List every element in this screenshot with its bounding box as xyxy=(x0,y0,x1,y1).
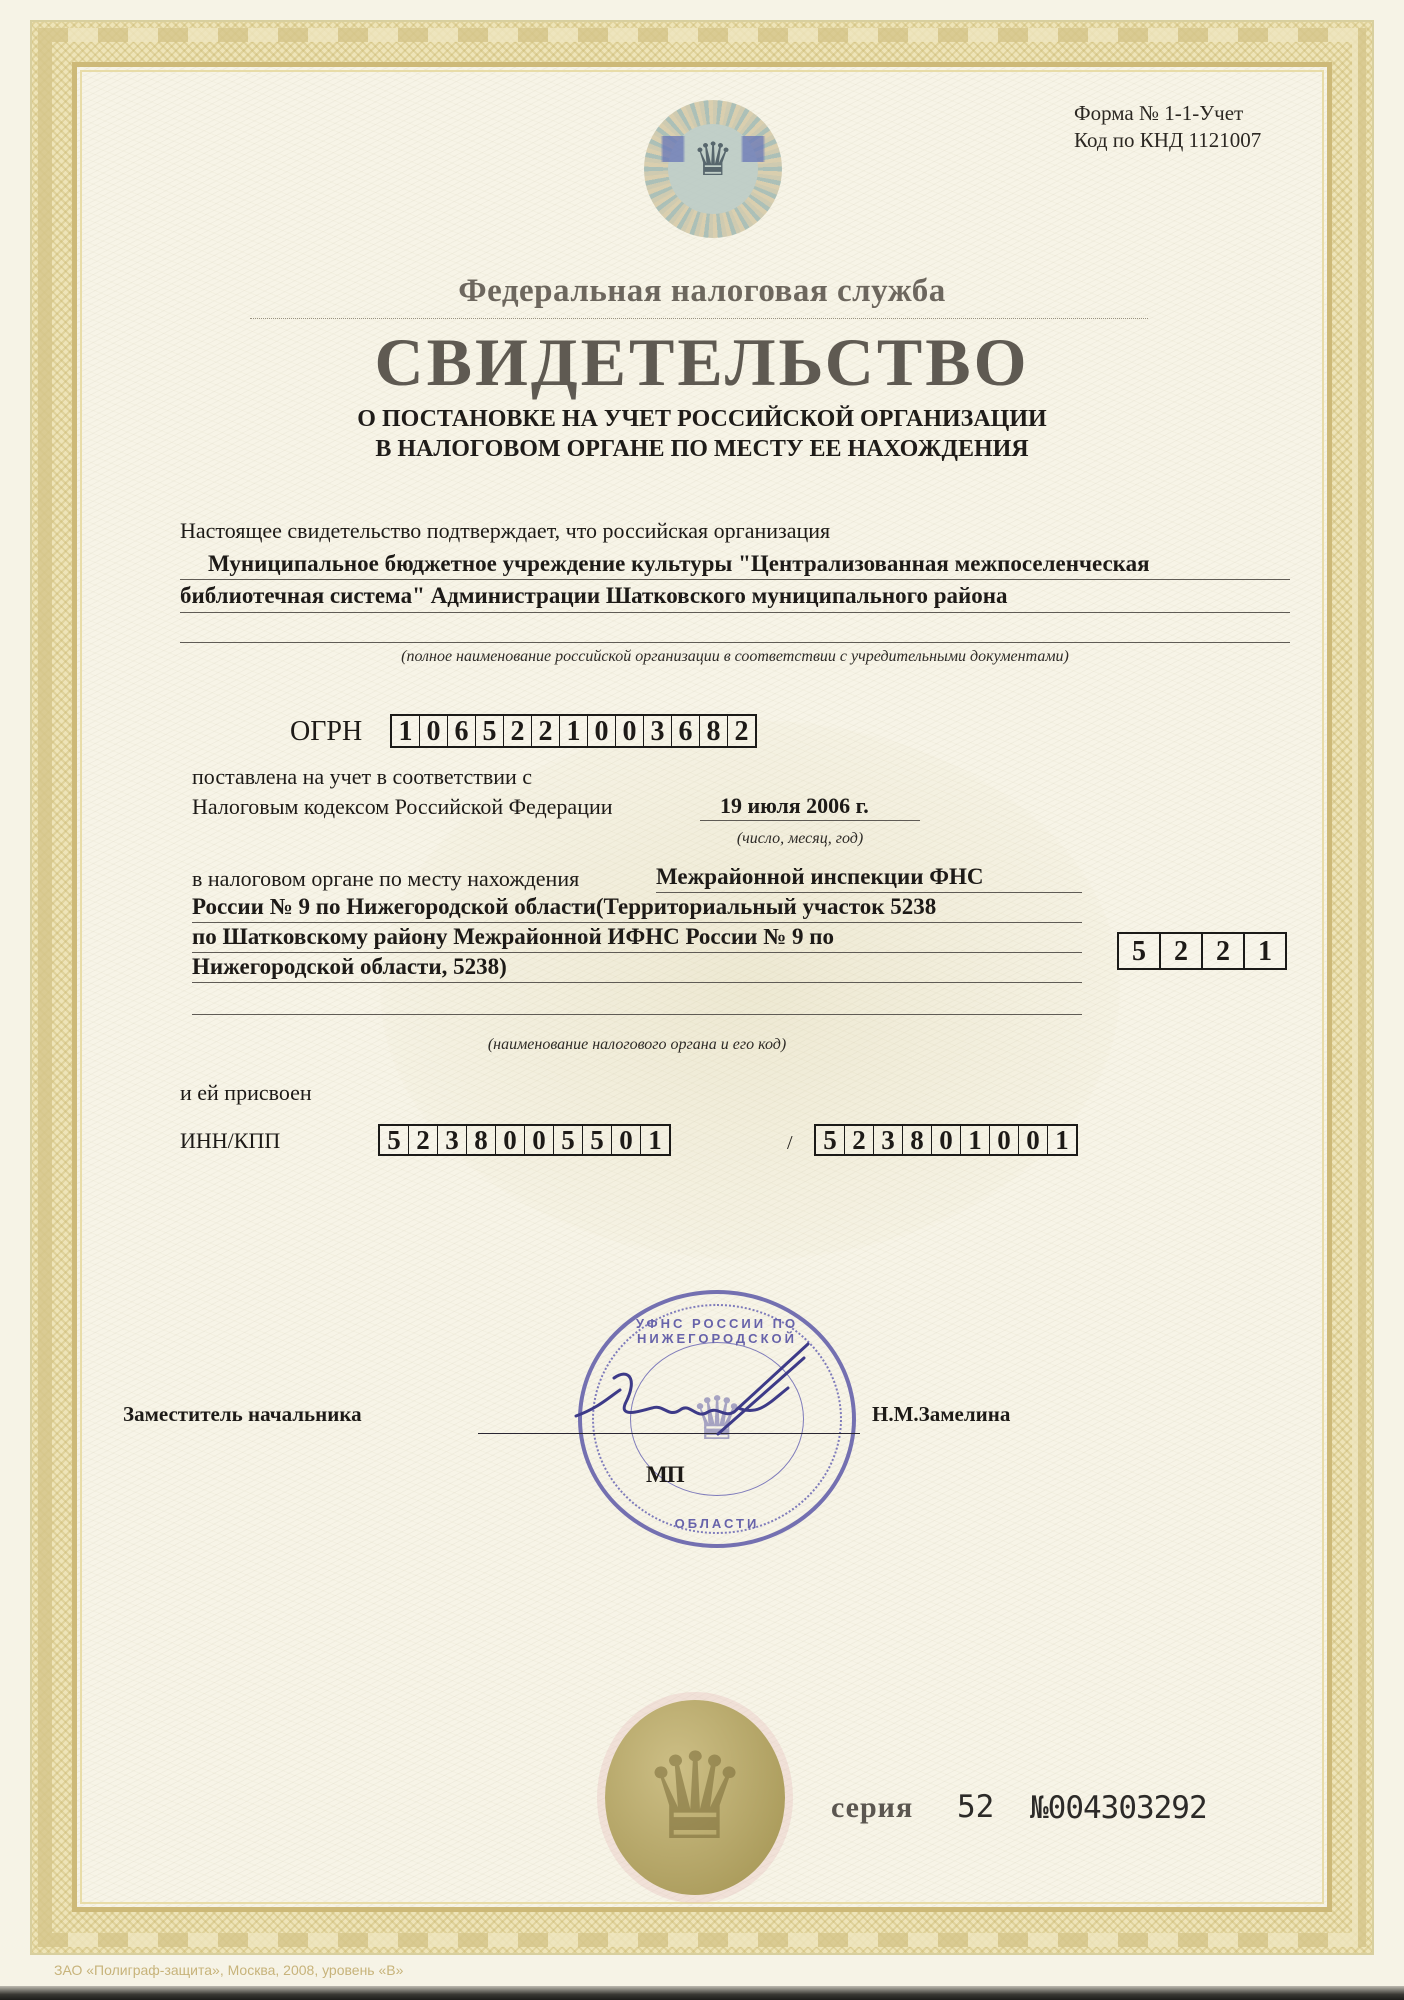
inn-digit-boxes: 5238005501 xyxy=(378,1124,671,1156)
digit-box: 1 xyxy=(961,1126,990,1154)
signer-title: Заместитель начальника xyxy=(123,1402,362,1427)
document-subtitle: О ПОСТАНОВКЕ НА УЧЕТ РОССИЙСКОЙ ОРГАНИЗА… xyxy=(0,404,1404,464)
digit-box: 0 xyxy=(990,1126,1019,1154)
digit-box: 2 xyxy=(845,1126,874,1154)
inn-kpp-label: ИНН/КПП xyxy=(180,1128,280,1154)
ogrn-label: ОГРН xyxy=(290,716,362,748)
digit-box: 2 xyxy=(504,716,532,746)
tax-authority-line: России № 9 по Нижегородской области(Терр… xyxy=(192,892,1082,923)
tax-authority-label: в налоговом органе по месту нахождения xyxy=(192,866,579,892)
digit-box: 8 xyxy=(700,716,728,746)
digit-box: 2 xyxy=(1203,934,1245,968)
org-name-line: библиотечная система" Администрации Шатк… xyxy=(180,580,1290,613)
date-caption: (число, месяц, год) xyxy=(700,830,900,848)
digit-box: 1 xyxy=(1245,934,1285,968)
digit-box: 8 xyxy=(903,1126,932,1154)
eagle-icon: ♛ xyxy=(605,1700,785,1895)
digit-box: 2 xyxy=(728,716,755,746)
kpp-digit-boxes: 523801001 xyxy=(814,1124,1078,1156)
digit-box: 3 xyxy=(874,1126,903,1154)
tax-authority-line: по Шатковскому району Межрайонной ИФНС Р… xyxy=(192,922,1082,953)
digit-box: 0 xyxy=(1019,1126,1048,1154)
digit-box: 0 xyxy=(420,716,448,746)
digit-box: 5 xyxy=(380,1126,409,1154)
digit-box: 0 xyxy=(588,716,616,746)
digit-box: 1 xyxy=(560,716,588,746)
stamp-text: ОБЛАСТИ xyxy=(582,1516,852,1531)
org-name-line: Муниципальное бюджетное учреждение культ… xyxy=(180,548,1290,580)
digit-box: 0 xyxy=(612,1126,641,1154)
org-name-line xyxy=(180,612,1290,643)
handwritten-signature-icon xyxy=(568,1338,848,1438)
assigned-text: и ей присвоен xyxy=(180,1080,312,1106)
digit-box: 0 xyxy=(616,716,644,746)
intro-text: Настоящее свидетельство подтверждает, чт… xyxy=(180,518,830,544)
digit-box: 6 xyxy=(448,716,476,746)
digit-box: 5 xyxy=(1119,934,1161,968)
digit-box: 3 xyxy=(438,1126,467,1154)
hologram-icon: ♛ xyxy=(644,100,782,238)
signer-name: Н.М.Замелина xyxy=(872,1402,1010,1427)
digit-box: 2 xyxy=(1161,934,1203,968)
tax-authority-line xyxy=(192,986,1082,1015)
digit-box: 6 xyxy=(672,716,700,746)
gold-seal-icon: ♛ xyxy=(605,1700,785,1895)
printer-credit: ЗАО «Полиграф-защита», Москва, 2008, уро… xyxy=(54,1962,403,1978)
digit-box: 2 xyxy=(409,1126,438,1154)
org-name-caption: (полное наименование российской организа… xyxy=(180,648,1290,666)
ogrn-digit-boxes: 1065221003682 xyxy=(390,714,757,748)
digit-box: 0 xyxy=(496,1126,525,1154)
scan-edge xyxy=(0,1986,1404,2000)
agency-name: Федеральная налоговая служба xyxy=(0,273,1404,310)
registration-text: Налоговым кодексом Российской Федерации xyxy=(192,794,613,820)
tax-authority-caption: (наименование налогового органа и его ко… xyxy=(192,1036,1082,1054)
digit-box: 0 xyxy=(525,1126,554,1154)
tax-authority-code-boxes: 5221 xyxy=(1117,932,1287,970)
digit-box: 5 xyxy=(816,1126,845,1154)
digit-box: 3 xyxy=(644,716,672,746)
series-value: 52 xyxy=(957,1789,994,1825)
series-label: серия xyxy=(831,1791,913,1825)
serial-number: №004303292 xyxy=(1030,1790,1207,1826)
digit-box: 1 xyxy=(641,1126,669,1154)
registration-date: 19 июля 2006 г. xyxy=(700,792,920,821)
form-number: Форма № 1-1-Учет xyxy=(1074,100,1261,127)
registration-text: поставлена на учет в соответствии с xyxy=(192,764,532,790)
seal-place-mark: МП xyxy=(646,1462,684,1488)
eagle-icon: ♛ xyxy=(688,128,738,192)
tax-authority-line: Нижегородской области, 5238) xyxy=(192,952,1082,983)
form-meta: Форма № 1-1-Учет Код по КНД 1121007 xyxy=(1074,100,1261,154)
digit-box: 5 xyxy=(476,716,504,746)
digit-box: 8 xyxy=(467,1126,496,1154)
document-title: СВИДЕТЕЛЬСТВО xyxy=(0,322,1404,402)
inn-kpp-separator: / xyxy=(787,1132,793,1155)
digit-box: 1 xyxy=(392,716,420,746)
digit-box: 1 xyxy=(1048,1126,1076,1154)
digit-box: 0 xyxy=(932,1126,961,1154)
digit-box: 5 xyxy=(554,1126,583,1154)
knd-code: Код по КНД 1121007 xyxy=(1074,127,1261,154)
digit-box: 5 xyxy=(583,1126,612,1154)
digit-box: 2 xyxy=(532,716,560,746)
divider xyxy=(250,318,1148,319)
tax-authority-line: Межрайонной инспекции ФНС xyxy=(656,862,1082,893)
